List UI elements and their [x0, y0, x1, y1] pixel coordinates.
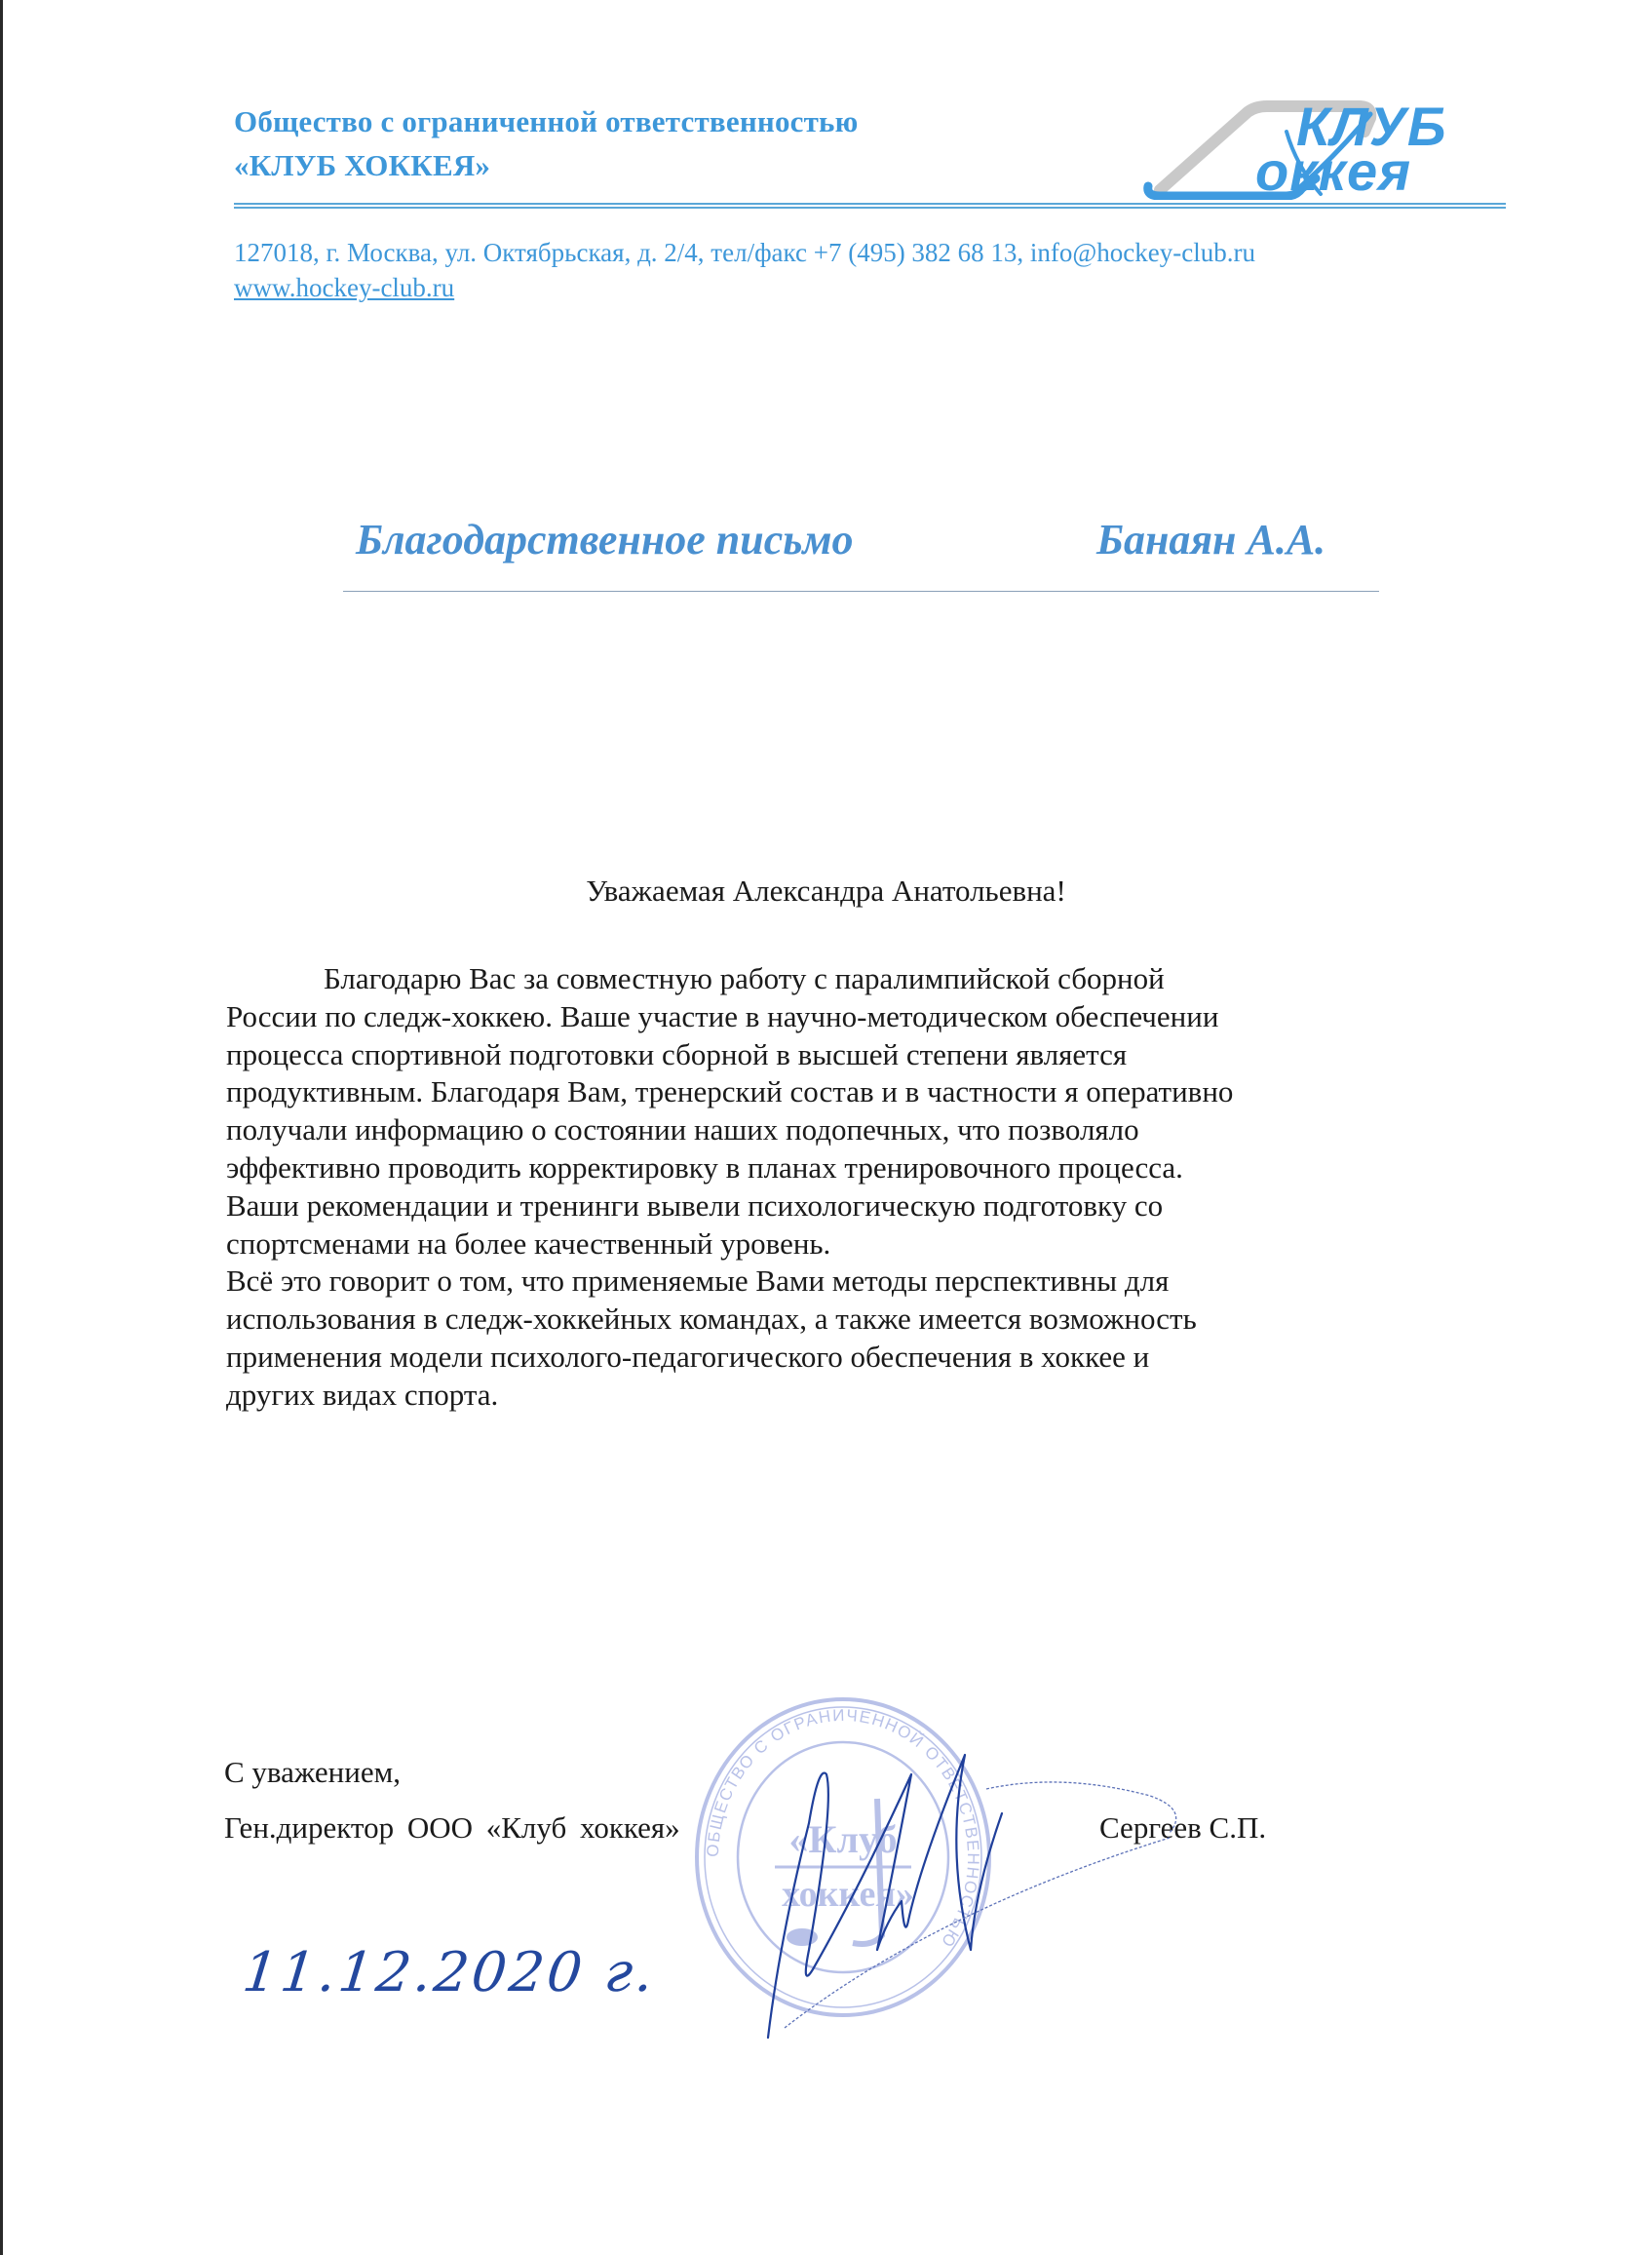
- letterhead-divider: [234, 203, 1506, 209]
- body-line: процесса спортивной подготовки сборной в…: [226, 1036, 1493, 1074]
- body-line: использования в следж-хоккейных командах…: [226, 1301, 1493, 1339]
- contact-address: 127018, г. Москва, ул. Октябрьская, д. 2…: [234, 238, 1255, 268]
- org-name-line1: Общество с ограниченной ответственностью: [234, 104, 859, 139]
- title-underline: [343, 591, 1379, 592]
- club-logo: КЛУБ оккея: [1140, 93, 1481, 200]
- org-name-line2: «КЛУБ ХОККЕЯ»: [234, 148, 490, 183]
- body-line: эффективно проводить корректировку в пла…: [226, 1149, 1493, 1187]
- handwritten-date: 11.12.2020 г.: [244, 1921, 682, 2018]
- handwritten-date-text: 11.12.2020 г.: [244, 1941, 659, 2004]
- recipient-name: Банаян А.А.: [1096, 515, 1325, 564]
- scan-edge: [0, 0, 3, 2255]
- body-line: других видах спорта.: [226, 1377, 1493, 1415]
- body-line: получали информацию о состоянии наших по…: [226, 1111, 1493, 1149]
- body-line: продуктивным. Благодаря Вам, тренерский …: [226, 1073, 1493, 1111]
- closing-phrase: С уважением,: [224, 1755, 401, 1790]
- logo-word-hockey: оккея: [1255, 139, 1411, 203]
- body-line: спортсменами на более качественный урове…: [226, 1225, 1493, 1264]
- document-title: Благодарственное письмо: [356, 515, 854, 564]
- body-line: Благодарю Вас за совместную работу с пар…: [226, 960, 1493, 998]
- handwritten-signature: [741, 1745, 1228, 2047]
- body-line: Всё это говорит о том, что применяемые В…: [226, 1263, 1493, 1301]
- body-line: применения модели психолого-педагогическ…: [226, 1339, 1493, 1377]
- salutation: Уважаемая Александра Анатольевна!: [0, 874, 1652, 909]
- body-line: России по следж-хоккею. Ваше участие в н…: [226, 998, 1493, 1036]
- website-link[interactable]: www.hockey-club.ru: [234, 273, 454, 303]
- letter-body: Благодарю Вас за совместную работу с пар…: [226, 960, 1493, 1415]
- body-line: Ваши рекомендации и тренинги вывели псих…: [226, 1187, 1493, 1225]
- signer-position: Ген.директор ООО «Клуб хоккея»: [224, 1810, 680, 1846]
